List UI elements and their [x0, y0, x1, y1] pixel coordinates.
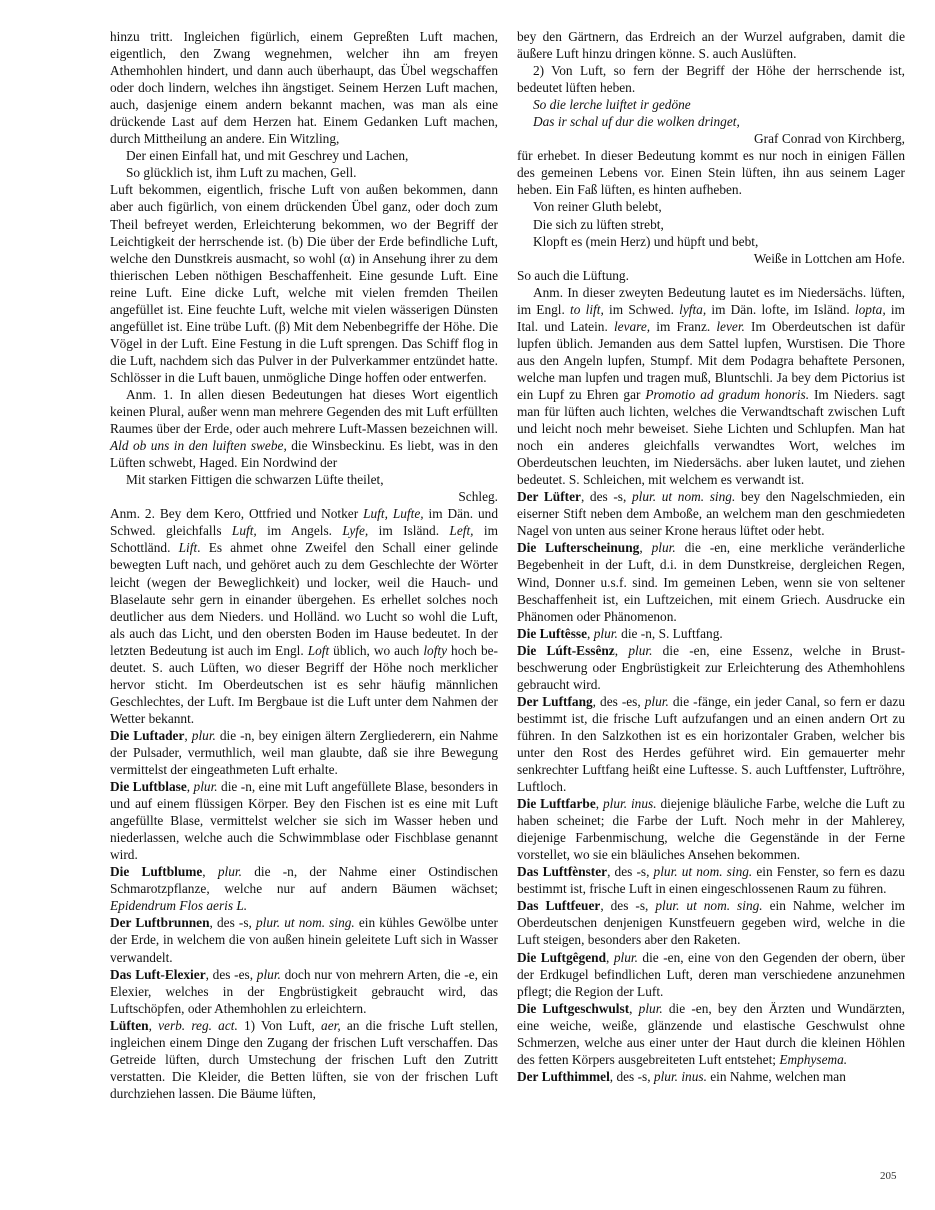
text-run: ,	[629, 1001, 638, 1016]
headword: Der Lüfter	[517, 489, 581, 504]
headword: Das Luftfènster	[517, 864, 607, 879]
italic-term: plur. ut nom. sing.	[655, 898, 762, 913]
italic-term: Lyfe,	[342, 523, 368, 538]
text-run: 1) Von Luft,	[238, 1018, 321, 1033]
text-run: , des -es,	[593, 694, 645, 709]
dictionary-entry: Der Lüfter, des -s, plur. ut nom. sing. …	[517, 488, 905, 539]
headword: Die Luftgeschwulst	[517, 1001, 629, 1016]
italic-term: lopta,	[855, 302, 886, 317]
text-run: im Franz.	[650, 319, 716, 334]
italic-term: plur.	[594, 626, 618, 641]
italic-term: plur.	[614, 950, 638, 965]
text-run: , des -s,	[600, 898, 655, 913]
text-run: Mit starken Fittigen die schwarzen Lüfte…	[126, 472, 384, 487]
verse-line: Die sich zu lüften strebt,	[517, 216, 905, 233]
italic-term: plur. ut nom. sing.	[654, 864, 753, 879]
italic-term: lofty	[423, 643, 447, 658]
text-run: . Es ahmet ohne Zweifel den Schall einer…	[110, 540, 498, 657]
italic-term: plur.	[645, 694, 669, 709]
italic-term: Promotio ad gradum honoris.	[645, 387, 809, 402]
italic-term: plur.	[194, 779, 218, 794]
italic-term: plur.	[218, 864, 242, 879]
italic-term: Lift	[179, 540, 198, 555]
text-run: im Angels.	[257, 523, 343, 538]
text-run: ,	[615, 643, 629, 658]
dictionary-entry: Die Luftêsse, plur. die -n, S. Luftfang.	[517, 625, 905, 642]
text-run: üblich, wo auch	[329, 643, 423, 658]
verse-line: Der einen Einfall hat, und mit Geschrey …	[110, 147, 498, 164]
text-run: die -n, S. Luftfang.	[618, 626, 723, 641]
text-run: So auch die Lüftung.	[517, 268, 629, 283]
headword: Die Luftgêgend	[517, 950, 606, 965]
italic-term: plur. inus.	[603, 796, 657, 811]
headword: Das Luftfeuer	[517, 898, 600, 913]
text-run: , des -es,	[206, 967, 257, 982]
italic-term: Das ir schal uf dur die wolken dringet,	[533, 114, 740, 129]
text-run: So glücklich ist, ihm Luft zu machen, Ge…	[126, 165, 357, 180]
dictionary-entry: Die Luftblume, plur. die -n, der Nahme e…	[110, 863, 498, 914]
dictionary-entry: Die Lufterscheinung, plur. die -en, eine…	[517, 539, 905, 624]
dictionary-entry: Die Lúft-Essênz, plur. die -en, eine Ess…	[517, 642, 905, 693]
text-run: ,	[639, 540, 651, 555]
italic-term: lever.	[716, 319, 745, 334]
dictionary-entry: Der Luftfang, des -es, plur. die -fänge,…	[517, 693, 905, 795]
paragraph: Anm. In dieser zweyten Bedeutung lautet …	[517, 284, 905, 489]
italic-term: So die lerche luiftet ir gedöne	[533, 97, 691, 112]
verse-line: So glücklich ist, ihm Luft zu machen, Ge…	[110, 164, 498, 181]
italic-term: Epidendrum Flos aeris L.	[110, 898, 247, 913]
page-number: 205	[880, 1170, 897, 1182]
text-run: Schleg.	[458, 489, 498, 504]
italic-term: Left,	[449, 523, 473, 538]
text-run: für erhebet. In dieser Bedeutung kommt e…	[517, 148, 905, 197]
text-run: Weiße in Lottchen am Hofe.	[754, 251, 905, 266]
text-run: ,	[184, 728, 191, 743]
text-run: Von reiner Gluth belebt,	[533, 199, 662, 214]
paragraph: Anm. 1. In allen diesen Bedeutungen hat …	[110, 386, 498, 471]
text-run: ,	[202, 864, 218, 879]
headword: Der Lufthimmel	[517, 1069, 610, 1084]
italic-term: plur.	[257, 967, 281, 982]
dictionary-entry: Lüften, verb. reg. act. 1) Von Luft, aer…	[110, 1017, 498, 1102]
paragraph: 2) Von Luft, so fern der Begriff der Höh…	[517, 62, 905, 96]
italic-term: levare,	[614, 319, 650, 334]
italic-term: plur.	[639, 1001, 663, 1016]
paragraph: für erhebet. In dieser Bedeutung kommt e…	[517, 147, 905, 198]
text-run: ,	[596, 796, 603, 811]
paragraph: So auch die Lüftung.	[517, 267, 905, 284]
text-run: ,	[149, 1018, 159, 1033]
italic-term: plur.	[192, 728, 216, 743]
citation-attribution: Weiße in Lottchen am Hofe.	[517, 250, 905, 267]
text-run: , des -s,	[210, 915, 256, 930]
italic-term: Loft	[308, 643, 330, 658]
dictionary-entry: Die Luftfarbe, plur. inus. diejenige blä…	[517, 795, 905, 863]
verse-line: Von reiner Gluth belebt,	[517, 198, 905, 215]
italic-term: Ald ob uns in den luiften swebe,	[110, 438, 287, 453]
text-run: Der einen Einfall hat, und mit Geschrey …	[126, 148, 408, 163]
text-run: im Schwed.	[604, 302, 679, 317]
dictionary-entry: Die Luftgeschwulst, plur. die -en, bey d…	[517, 1000, 905, 1068]
text-run: 2) Von Luft, so fern der Begriff der Höh…	[517, 63, 905, 95]
text-run: Luft bekommen, eigentlich, frische Luft …	[110, 182, 498, 385]
dictionary-entry: Das Luftfènster, des -s, plur. ut nom. s…	[517, 863, 905, 897]
italic-term: Luft,	[232, 523, 257, 538]
right-column: bey den Gärtnern, das Erdreich an der Wu…	[517, 28, 905, 1085]
verse-line: So die lerche luiftet ir gedöne	[517, 96, 905, 113]
text-run: ein Nahme, welchen man	[707, 1069, 846, 1084]
citation-attribution: Schleg.	[110, 488, 498, 505]
dictionary-entry: Das Luft-Elexier, des -es, plur. doch nu…	[110, 966, 498, 1017]
dictionary-entry: Die Luftblase, plur. die -n, eine mit Lu…	[110, 778, 498, 863]
text-run: Klopft es (mein Herz) und hüpft und bebt…	[533, 234, 758, 249]
italic-term: verb. reg. act.	[158, 1018, 238, 1033]
text-run: hinzu tritt. Ingleichen figürlich, einem…	[110, 29, 498, 146]
text-run: , des -s,	[610, 1069, 654, 1084]
dictionary-entry: Der Lufthimmel, des -s, plur. inus. ein …	[517, 1068, 905, 1085]
verse-line: Mit starken Fittigen die schwarzen Lüfte…	[110, 471, 498, 488]
text-run: ,	[587, 626, 594, 641]
verse-line: Das ir schal uf dur die wolken dringet,	[517, 113, 905, 130]
text-run: im Isländ.	[368, 523, 449, 538]
text-run: bey den Gärtnern, das Erdreich an der Wu…	[517, 29, 905, 61]
paragraph: bey den Gärtnern, das Erdreich an der Wu…	[517, 28, 905, 62]
italic-term: lyfta,	[679, 302, 706, 317]
italic-term: plur. ut nom. sing.	[632, 489, 735, 504]
dictionary-entry: Der Luftbrunnen, des -s, plur. ut nom. s…	[110, 914, 498, 965]
italic-term: Emphysema.	[779, 1052, 847, 1067]
italic-term: Luft, Lufte,	[363, 506, 424, 521]
text-run: , des -s,	[607, 864, 653, 879]
text-run: ,	[606, 950, 614, 965]
text-run: Im Nie­ders. sagt man für lüften auch li…	[517, 387, 905, 487]
text-run: Die sich zu lüften strebt,	[533, 217, 664, 232]
headword: Die Lufterscheinung	[517, 540, 639, 555]
italic-term: aer,	[321, 1018, 341, 1033]
verse-line: Klopft es (mein Herz) und hüpft und bebt…	[517, 233, 905, 250]
text-run: Graf Conrad von Kirchberg,	[754, 131, 905, 146]
italic-term: to lift,	[570, 302, 604, 317]
italic-term: plur. inus.	[654, 1069, 707, 1084]
dictionary-entry: Das Luftfeuer, des -s, plur. ut nom. sin…	[517, 897, 905, 948]
italic-term: plur.	[652, 540, 676, 555]
headword: Die Luftader	[110, 728, 184, 743]
dictionary-entry: Die Luftader, plur. die -n, bey einigen …	[110, 727, 498, 778]
headword: Lüften	[110, 1018, 149, 1033]
headword: Die Luftêsse	[517, 626, 587, 641]
text-run: , des -s,	[581, 489, 632, 504]
headword: Das Luft-Elexier	[110, 967, 206, 982]
left-column: hinzu tritt. Ingleichen figürlich, einem…	[110, 28, 498, 1102]
headword: Der Luftfang	[517, 694, 593, 709]
paragraph: Luft bekommen, eigentlich, frische Luft …	[110, 181, 498, 386]
headword: Die Luftblume	[110, 864, 202, 879]
text-run: Anm. 2. Bey dem Kero, Ottfried und Notke…	[110, 506, 363, 521]
italic-term: plur. ut nom. sing.	[256, 915, 355, 930]
citation-attribution: Graf Conrad von Kirchberg,	[517, 130, 905, 147]
italic-term: plur.	[628, 643, 652, 658]
dictionary-entry: Die Luftgêgend, plur. die -en, eine von …	[517, 949, 905, 1000]
paragraph: hinzu tritt. Ingleichen figürlich, einem…	[110, 28, 498, 147]
headword: Die Luftblase	[110, 779, 187, 794]
text-run: im Dän. lofte, im Is­länd.	[706, 302, 855, 317]
headword: Der Luftbrunnen	[110, 915, 210, 930]
headword: Die Luftfarbe	[517, 796, 596, 811]
paragraph: Anm. 2. Bey dem Kero, Ottfried und Notke…	[110, 505, 498, 727]
text-run: ,	[187, 779, 194, 794]
text-run: Anm. 1. In allen diesen Bedeutungen hat …	[110, 387, 498, 436]
headword: Die Lúft-Essênz	[517, 643, 615, 658]
